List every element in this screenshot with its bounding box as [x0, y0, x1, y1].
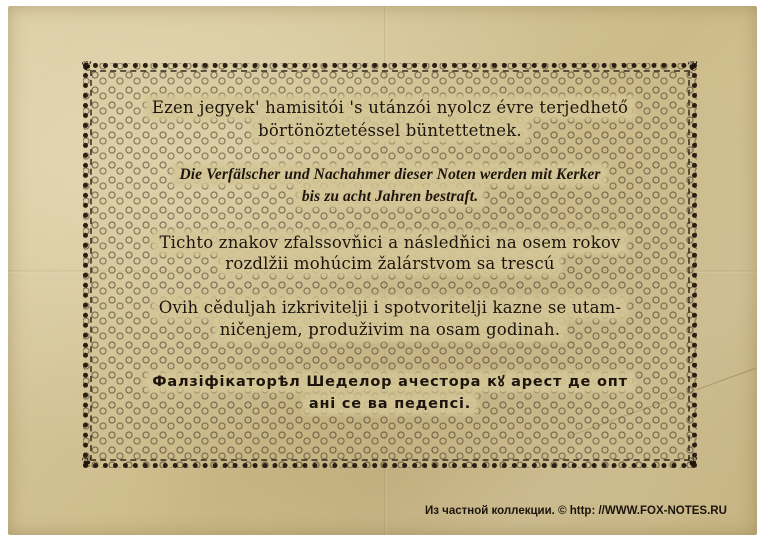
warning-german-line-1: Die Verfälscher und Nachahmer dieser Not… [83, 166, 697, 184]
warning-croatian-line-1: Ovih cěduljah izkrivitelji i spotvoritel… [83, 298, 697, 317]
warning-hungarian-line-2: börtönöztetéssel büntettetnek. [83, 121, 697, 140]
frame-corner-ornament-bottom-left: ❦ [80, 456, 94, 470]
warning-croatian-line-2: ničenjem, produživim na osam godinah. [83, 320, 697, 339]
warning-hungarian-line-1: Ezen jegyek' hamisitói 's utánzói nyolcz… [83, 98, 697, 117]
warning-text: ničenjem, produživim na osam godinah. [216, 320, 565, 339]
frame-corner-ornament-bottom-right: ❦ [686, 456, 700, 470]
warning-text: rozdlžii mohúcim žalárstvom sa trescú [221, 254, 558, 273]
warning-text: Ovih cěduljah izkrivitelji i spotvoritel… [155, 298, 626, 317]
warning-text: Ezen jegyek' hamisitói 's utánzói nyolcz… [148, 98, 632, 117]
warning-romanian-line-1: Фалзіфікаторѣл Шеделор ачестора кꙋ арест… [83, 371, 697, 391]
frame-corner-ornament-top-right: ❦ [686, 60, 700, 74]
banknote-image-stage: ❦ ❦ ❦ ❦ Ezen jegyek' hamisitói 's utánzó… [0, 0, 767, 544]
warning-text: Фалзіфікаторѣл Шеделор ачестора кꙋ арест… [148, 374, 632, 390]
warning-text: Tichto znakov zfalssovňici a následňici … [155, 233, 624, 252]
warning-text: bis zu acht Jahren bestraft. [298, 188, 482, 205]
collection-credit-watermark: Из частной коллекции. © http: //WWW.FOX-… [425, 505, 727, 517]
warning-german-line-2: bis zu acht Jahren bestraft. [83, 188, 697, 206]
warning-text: Die Verfälscher und Nachahmer dieser Not… [175, 166, 604, 183]
warning-romanian-line-2: ані се ва педепсі. [83, 396, 697, 412]
warning-text: ані се ва педепсі. [305, 396, 475, 412]
frame-corner-ornament-top-left: ❦ [80, 60, 94, 74]
warning-slovak-line-2: rozdlžii mohúcim žalárstvom sa trescú [83, 254, 697, 273]
warning-text: börtönöztetéssel büntettetnek. [254, 121, 526, 140]
warning-slovak-line-1: Tichto znakov zfalssovňici a následňici … [83, 233, 697, 252]
